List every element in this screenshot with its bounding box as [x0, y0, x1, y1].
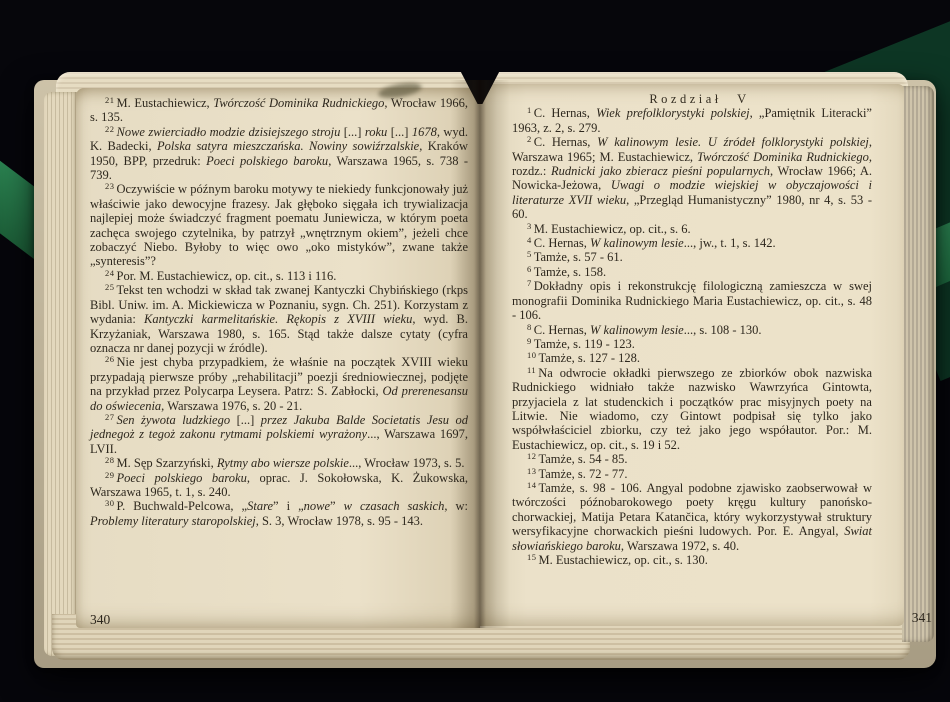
footnote-italic-segment: Twórczość Dominika Rudnickiego	[697, 150, 869, 164]
footnote-25: 25Tekst ten wchodzi w skład tak zwanej K…	[90, 283, 468, 355]
left-page-number: 340	[90, 612, 110, 628]
footnote-text-segment: M. Eustachiewicz, op. cit., s. 130.	[539, 553, 708, 567]
footnote-text-segment: M. Eustachiewicz,	[117, 96, 214, 110]
left-page-footnotes: 21M. Eustachiewicz, Twórczość Dominika R…	[90, 96, 468, 528]
footnote-italic-segment: Kantyczki karmelitańskie. Rękopis z XVII…	[144, 312, 412, 326]
footnote-11: 11Na odwrocie okładki pierwszego ze zbio…	[512, 366, 872, 452]
page-edges-right	[902, 86, 934, 642]
footnote-text-segment: Oczywiście w późnym baroku motywy te nie…	[90, 182, 468, 268]
footnote-number: 7	[527, 278, 532, 288]
footnote-text-segment: P. Buchwald-Pelcowa, „	[117, 499, 248, 513]
footnote-italic-segment: Polska satyra mieszczańska. Nowiny sowiź…	[157, 139, 419, 153]
footnote-text-segment: Tamże, s. 54 - 85.	[539, 452, 628, 466]
page-edges-left	[44, 92, 78, 656]
right-page-number: 341	[884, 610, 932, 626]
footnote-6: 6Tamże, s. 158.	[512, 265, 872, 279]
footnote-number: 26	[105, 354, 115, 364]
footnote-text-segment: Tamże, s. 57 - 61.	[534, 250, 623, 264]
footnote-28: 28M. Sęp Szarzyński, Rytmy abo wiersze p…	[90, 456, 468, 470]
footnote-text-segment: , w:	[444, 499, 468, 513]
footnote-21: 21M. Eustachiewicz, Twórczość Dominika R…	[90, 96, 468, 125]
footnote-10: 10Tamże, s. 127 - 128.	[512, 351, 872, 365]
footnote-italic-segment: W kalinowym lesie	[590, 323, 684, 337]
footnote-text-segment: C. Hernas,	[534, 135, 597, 149]
footnote-number: 11	[527, 365, 536, 375]
footnote-text-segment: [...]	[344, 125, 365, 139]
footnote-1: 1C. Hernas, Wiek prefolklorystyki polski…	[512, 106, 872, 135]
chapter-header: Rozdział V	[512, 92, 872, 106]
footnote-22: 22Nowe zwierciadło modzie dzisiejszego s…	[90, 125, 468, 183]
footnote-number: 6	[527, 264, 532, 274]
footnote-number: 3	[527, 221, 532, 231]
footnote-number: 10	[527, 350, 537, 360]
footnote-2: 2C. Hernas, W kalinowym lesie. U źródeł …	[512, 135, 872, 221]
footnote-number: 22	[105, 124, 115, 134]
footnote-italic-segment: Nowe zwierciadło modzie dzisiejszego str…	[117, 125, 344, 139]
footnote-text-segment: M. Eustachiewicz, op. cit., s. 6.	[534, 222, 691, 236]
footnote-13: 13Tamże, s. 72 - 77.	[512, 467, 872, 481]
footnote-text-segment: C. Hernas,	[534, 236, 590, 250]
footnote-text-segment: ” i „	[273, 499, 304, 513]
footnote-number: 28	[105, 455, 115, 465]
footnote-text-segment: Na odwrocie okładki pierwszego ze zbiork…	[512, 366, 872, 452]
footnote-italic-segment: Sen żywota ludzkiego	[117, 413, 237, 427]
footnote-text-segment: ..., Wrocław 1973, s. 5.	[349, 456, 465, 470]
footnote-number: 9	[527, 336, 532, 346]
open-book: 21M. Eustachiewicz, Twórczość Dominika R…	[0, 0, 950, 702]
footnote-text-segment: ..., s. 108 - 130.	[684, 323, 762, 337]
footnote-italic-segment: Rudnicki jako zbieracz pieśni popularnyc…	[551, 164, 770, 178]
footnote-number: 29	[105, 470, 115, 480]
footnote-number: 21	[105, 95, 115, 105]
footnote-27: 27Sen żywota ludzkiego [...] przez Jakub…	[90, 413, 468, 456]
footnote-29: 29Poeci polskiego baroku, oprac. J. Soko…	[90, 471, 468, 500]
footnote-15: 15M. Eustachiewicz, op. cit., s. 130.	[512, 553, 872, 567]
footnote-italic-segment: Wiek prefolklorystyki polskiej	[596, 106, 750, 120]
footnote-number: 23	[105, 181, 115, 191]
right-page-column: Rozdział V 1C. Hernas, Wiek prefolklorys…	[512, 92, 872, 567]
footnote-italic-segment: nowe	[304, 499, 330, 513]
footnote-number: 30	[105, 498, 115, 508]
footnote-4: 4C. Hernas, W kalinowym lesie..., jw., t…	[512, 236, 872, 250]
footnote-7: 7Dokładny opis i rekonstrukcję filologic…	[512, 279, 872, 322]
footnote-text-segment: M. Sęp Szarzyński,	[117, 456, 217, 470]
footnote-3: 3M. Eustachiewicz, op. cit., s. 6.	[512, 222, 872, 236]
footnote-14: 14Tamże, s. 98 - 106. Angyal podobne zja…	[512, 481, 872, 553]
footnote-text-segment: Tamże, s. 127 - 128.	[539, 351, 641, 365]
footnote-number: 2	[527, 134, 532, 144]
footnote-text-segment: [...]	[237, 413, 261, 427]
footnote-text-segment: , Warszawa 1972, s. 40.	[621, 539, 739, 553]
footnote-24: 24Por. M. Eustachiewicz, op. cit., s. 11…	[90, 269, 468, 283]
footnote-text-segment: C. Hernas,	[534, 106, 596, 120]
footnote-text-segment: , S. 3, Wrocław 1978, s. 95 - 143.	[256, 514, 423, 528]
footnote-number: 13	[527, 466, 537, 476]
footnote-text-segment: ..., jw., t. 1, s. 142.	[684, 236, 776, 250]
footnote-text-segment: , Warszawa 1976, s. 20 - 21.	[161, 399, 302, 413]
footnote-text-segment: ”	[330, 499, 344, 513]
footnote-number: 14	[527, 480, 537, 490]
footnote-8: 8C. Hernas, W kalinowym lesie..., s. 108…	[512, 323, 872, 337]
footnote-30: 30P. Buchwald-Pelcowa, „Stare” i „nowe” …	[90, 499, 468, 528]
footnote-5: 5Tamże, s. 57 - 61.	[512, 250, 872, 264]
footnote-number: 4	[527, 235, 532, 245]
footnote-italic-segment: 1678	[412, 125, 437, 139]
footnote-text-segment: Tamże, s. 119 - 123.	[534, 337, 635, 351]
footnote-italic-segment: roku	[365, 125, 391, 139]
footnote-9: 9Tamże, s. 119 - 123.	[512, 337, 872, 351]
footnote-23: 23Oczywiście w późnym baroku motywy te n…	[90, 182, 468, 268]
right-page-footnotes: 1C. Hernas, Wiek prefolklorystyki polski…	[512, 106, 872, 567]
footnote-number: 1	[527, 105, 532, 115]
footnote-number: 25	[105, 282, 115, 292]
photo-scene: 21M. Eustachiewicz, Twórczość Dominika R…	[0, 0, 950, 702]
footnote-number: 8	[527, 322, 532, 332]
footnote-text-segment: C. Hernas,	[534, 323, 590, 337]
footnote-text-segment: Tamże, s. 98 - 106. Angyal podobne zjawi…	[512, 481, 872, 538]
footnote-italic-segment: w czasach saskich	[344, 499, 445, 513]
footnote-italic-segment: Stare	[247, 499, 273, 513]
footnote-12: 12Tamże, s. 54 - 85.	[512, 452, 872, 466]
footnote-italic-segment: Twórczość Dominika Rudnickiego	[213, 96, 384, 110]
footnote-text-segment: Tamże, s. 72 - 77.	[539, 467, 628, 481]
footnote-text-segment: Por. M. Eustachiewicz, op. cit., s. 113 …	[117, 269, 337, 283]
footnote-number: 27	[105, 412, 115, 422]
footnote-number: 24	[105, 268, 115, 278]
footnote-italic-segment: Problemy literatury staropolskiej	[90, 514, 256, 528]
footnote-italic-segment: Poeci polskiego baroku	[206, 154, 328, 168]
footnote-text-segment: Dokładny opis i rekonstrukcję filologicz…	[512, 279, 872, 322]
footnote-text-segment: Tamże, s. 158.	[534, 265, 606, 279]
footnote-number: 5	[527, 249, 532, 259]
footnote-26: 26Nie jest chyba przypadkiem, że właśnie…	[90, 355, 468, 413]
footnote-italic-segment: Rytmy abo wiersze polskie	[217, 456, 349, 470]
footnote-text-segment: [...]	[391, 125, 412, 139]
footnote-italic-segment: W kalinowym lesie	[590, 236, 684, 250]
footnote-number: 12	[527, 451, 537, 461]
footnote-italic-segment: Poeci polskiego baroku	[117, 471, 247, 485]
footnote-italic-segment: W kalinowym lesie. U źródeł folklorystyk…	[597, 135, 869, 149]
footnote-number: 15	[527, 552, 537, 562]
